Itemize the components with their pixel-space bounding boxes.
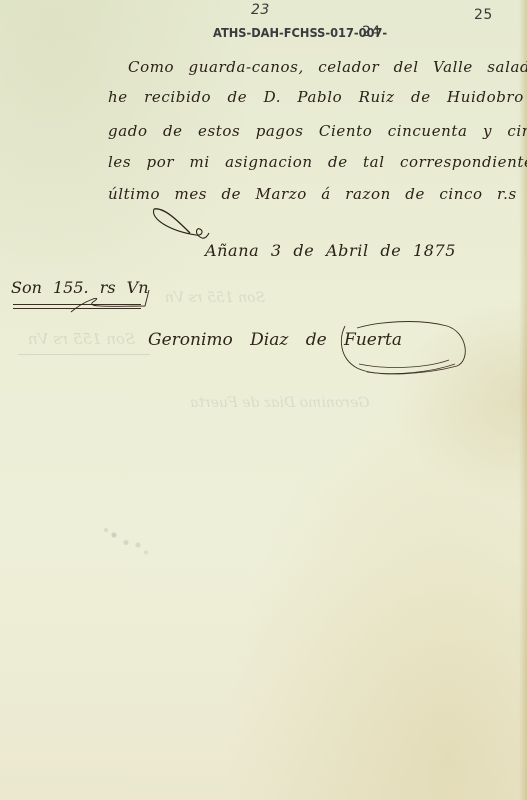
amount-box: Son 155. rs Vn	[5, 276, 145, 310]
folio-number: 25	[474, 7, 493, 23]
body-line-4: les por mi asignacion de tal correspondi…	[108, 153, 527, 171]
bleed-through-signature: Geronimo Diaz de Fuerta	[190, 395, 370, 411]
body-line-2: he recibido de D. Pablo Ruiz de Huidobro…	[108, 88, 527, 106]
page-edge-stain	[519, 0, 527, 800]
document-page: 23 25 ATHS-DAH-FCHSS-017-007- 24 Son 155…	[0, 0, 527, 800]
body-line-3: gado de estos pagos Ciento cincuenta y c…	[108, 122, 527, 140]
bleed-through-text: Son 155 rs Vn	[28, 330, 135, 348]
flourish-icon	[150, 205, 210, 240]
bleed-through-text: Son 155 rs Vn	[165, 290, 265, 306]
old-folio-number: 23	[251, 2, 270, 18]
signature-rubric-icon	[337, 318, 472, 380]
paper-stain	[90, 515, 170, 565]
body-line-1: Como guarda-canos, celador del Valle sal…	[128, 58, 527, 76]
bleed-through-rule	[18, 354, 150, 355]
archive-item-number: 24	[362, 24, 381, 40]
body-line-5: último mes de Marzo á razon de cinco r.s…	[108, 185, 527, 203]
amount-flourish-icon	[65, 286, 150, 314]
place-and-date: Añana 3 de Abril de 1875	[205, 241, 456, 260]
